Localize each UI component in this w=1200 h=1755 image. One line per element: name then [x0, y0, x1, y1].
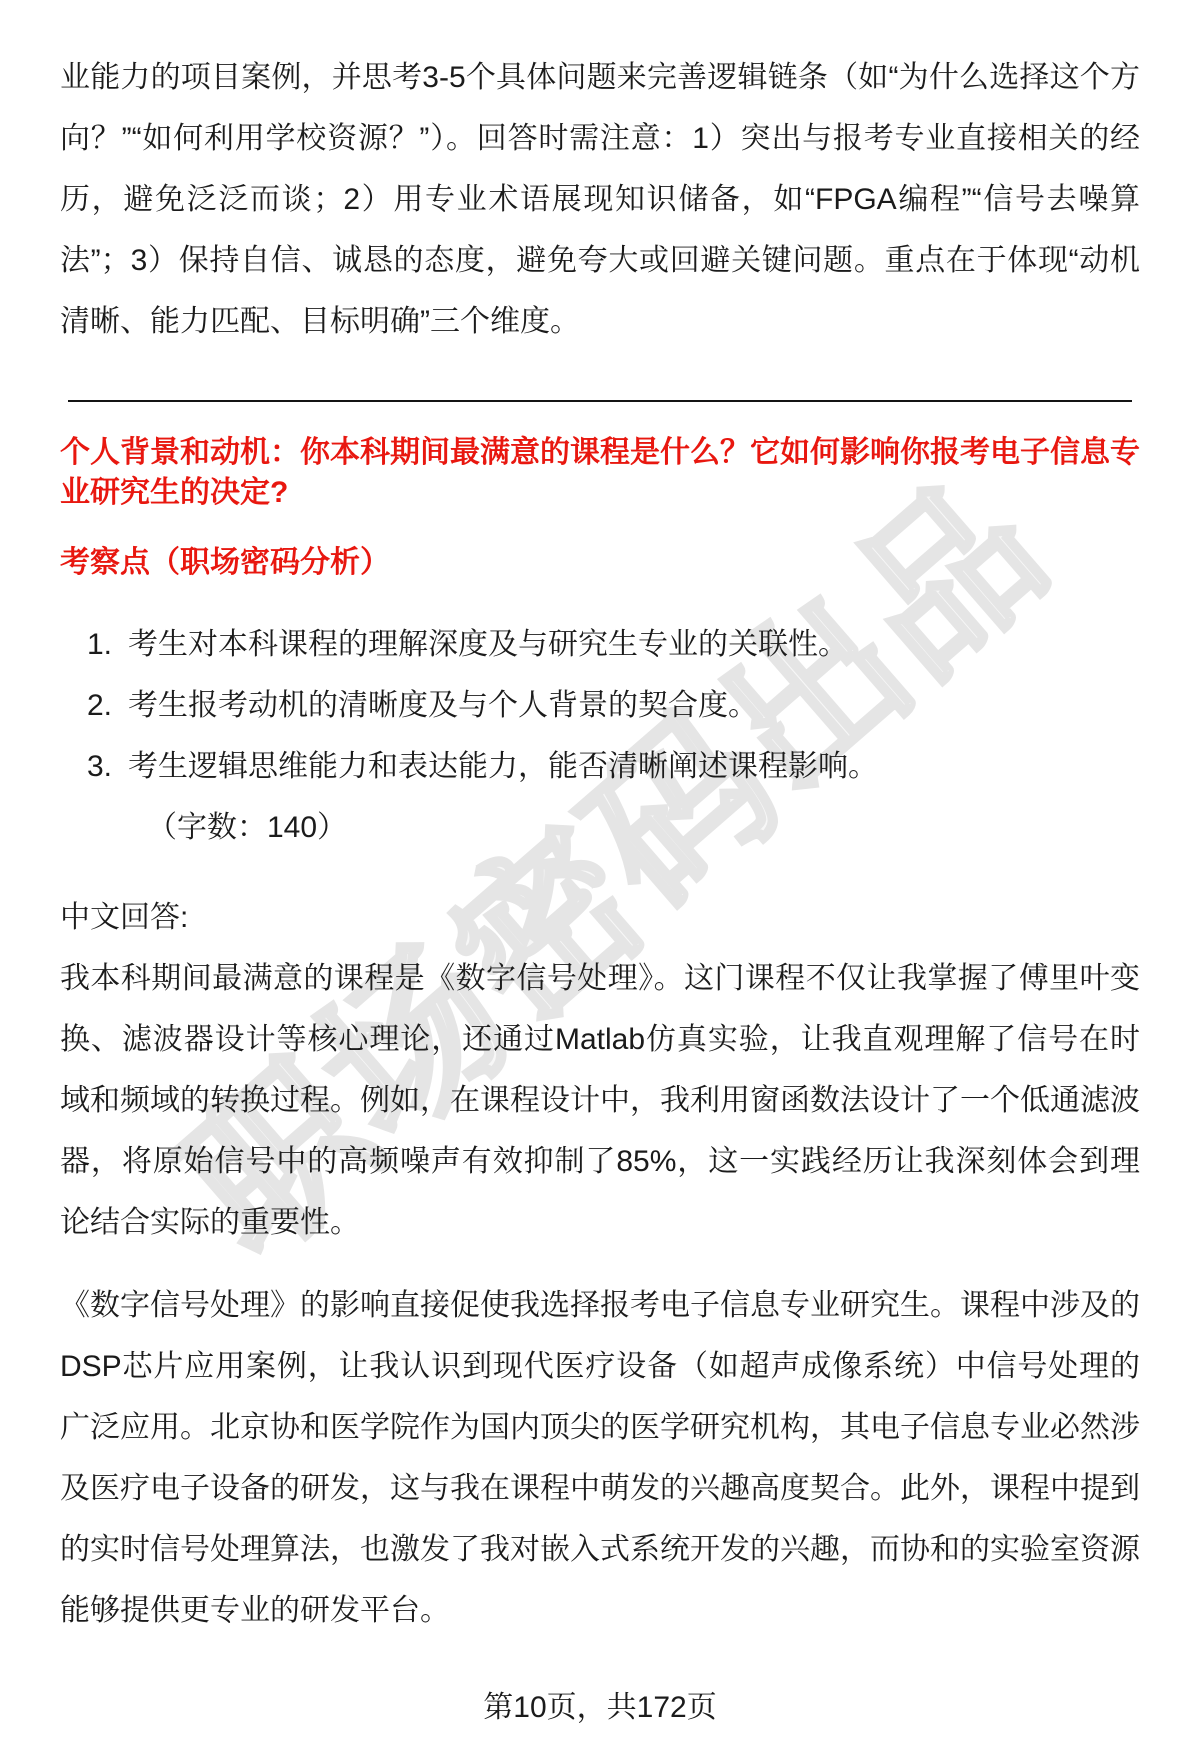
list-item: 2. 考生报考动机的清晰度及与个人背景的契合度。 [60, 675, 1140, 736]
answer-paragraph: 《数字信号处理》的影响直接促使我选择报考电子信息专业研究生。课程中涉及的DSP芯… [60, 1275, 1140, 1641]
document-page: 职场密码出品 业能力的项目案例，并思考3-5个具体问题来完善逻辑链条（如“为什么… [0, 0, 1200, 1755]
list-item-text: 考生报考动机的清晰度及与个人背景的契合度。 [128, 675, 1140, 736]
word-count-note: （字数：140） [60, 797, 1140, 858]
evaluation-points-heading: 考察点（职场密码分析） [60, 543, 1140, 583]
answer-language-label: 中文回答: [60, 887, 1140, 948]
intro-paragraph: 业能力的项目案例，并思考3-5个具体问题来完善逻辑链条（如“为什么选择这个方向？… [60, 47, 1140, 352]
section-divider [68, 400, 1132, 402]
list-item-text: 考生逻辑思维能力和表达能力，能否清晰阐述课程影响。 [128, 736, 1140, 797]
page-content: 业能力的项目案例，并思考3-5个具体问题来完善逻辑链条（如“为什么选择这个方向？… [0, 0, 1200, 1738]
page-footer: 第10页，共172页 [60, 1677, 1140, 1738]
list-item-number: 2. [87, 675, 128, 736]
list-item-number: 1. [87, 614, 128, 675]
answer-paragraph: 我本科期间最满意的课程是《数字信号处理》。这门课程不仅让我掌握了傅里叶变换、滤波… [60, 948, 1140, 1253]
list-item: 1. 考生对本科课程的理解深度及与研究生专业的关联性。 [60, 614, 1140, 675]
evaluation-points-list: 1. 考生对本科课程的理解深度及与研究生专业的关联性。 2. 考生报考动机的清晰… [60, 614, 1140, 797]
list-item-text: 考生对本科课程的理解深度及与研究生专业的关联性。 [128, 614, 1140, 675]
answer-body: 我本科期间最满意的课程是《数字信号处理》。这门课程不仅让我掌握了傅里叶变换、滤波… [60, 948, 1140, 1641]
list-item: 3. 考生逻辑思维能力和表达能力，能否清晰阐述课程影响。 [60, 736, 1140, 797]
question-heading: 个人背景和动机：你本科期间最满意的课程是什么？它如何影响你报考电子信息专业研究生… [60, 433, 1140, 513]
list-item-number: 3. [87, 736, 128, 797]
